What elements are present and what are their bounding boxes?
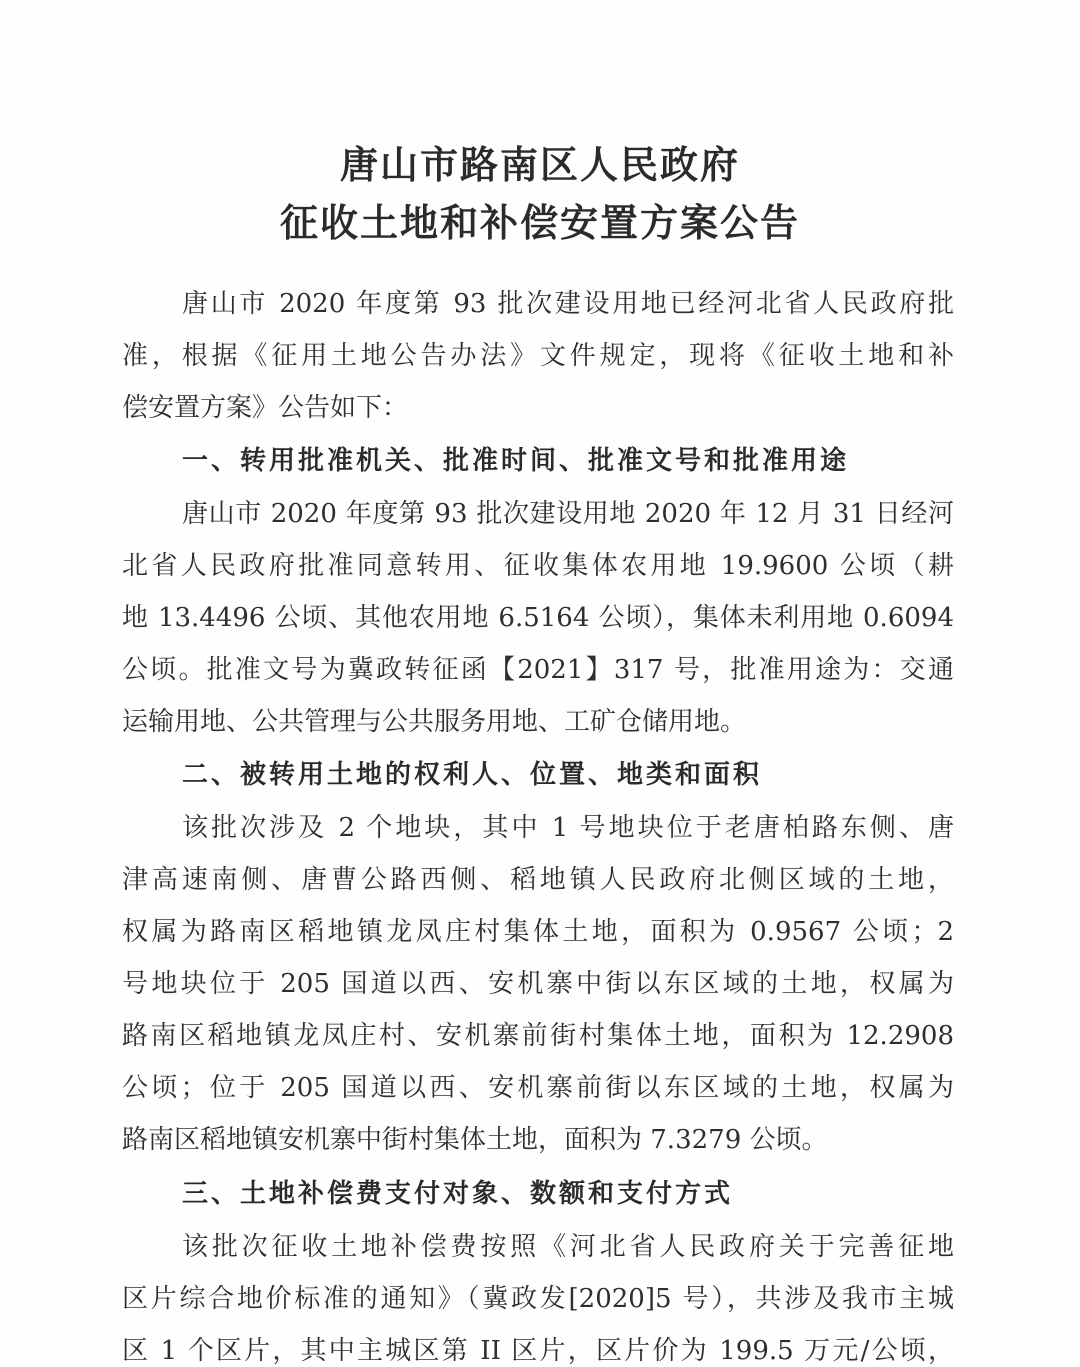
section-2-line: 权属为路南区稻地镇龙凤庄村集体土地，面积为 0.9567 公顷；2 <box>122 912 954 952</box>
intro-line: 唐山市 2020 年度第 93 批次建设用地已经河北省人民政府批 <box>182 284 954 324</box>
document-title-line-1: 唐山市路南区人民政府 <box>0 134 1080 189</box>
section-1-line: 唐山市 2020 年度第 93 批次建设用地 2020 年 12 月 31 日经… <box>182 494 954 534</box>
intro-line: 偿安置方案》公告如下： <box>122 388 954 428</box>
document-page: 唐山市路南区人民政府 征收土地和补偿安置方案公告 唐山市 2020 年度第 93… <box>0 0 1080 1367</box>
section-2-line: 公顷；位于 205 国道以西、安机寨前街以东区域的土地，权属为 <box>122 1068 954 1108</box>
section-2-line: 路南区稻地镇安机寨中街村集体土地，面积为 7.3279 公顷。 <box>122 1120 954 1160</box>
section-2-line: 号地块位于 205 国道以西、安机寨中街以东区域的土地，权属为 <box>122 964 954 1004</box>
intro-line: 准，根据《征用土地公告办法》文件规定，现将《征收土地和补 <box>122 336 954 376</box>
section-heading-3: 三、土地补偿费支付对象、数额和支付方式 <box>182 1174 954 1214</box>
section-1-line: 公顷。批准文号为冀政转征函【2021】317 号，批准用途为：交通 <box>122 650 954 690</box>
document-title-line-2: 征收土地和补偿安置方案公告 <box>0 192 1080 247</box>
section-1-line: 地 13.4496 公顷、其他农用地 6.5164 公顷），集体未利用地 0.6… <box>122 598 954 638</box>
section-2-line: 津高速南侧、唐曹公路西侧、稻地镇人民政府北侧区域的土地， <box>122 860 954 900</box>
section-2-line: 路南区稻地镇龙凤庄村、安机寨前街村集体土地，面积为 12.2908 <box>122 1016 954 1056</box>
section-heading-1: 一、转用批准机关、批准时间、批准文号和批准用途 <box>182 441 954 481</box>
section-3-line: 区 1 个区片，其中主城区第 II 区片，区片价为 199.5 万元/公顷， <box>122 1331 954 1367</box>
section-heading-2: 二、被转用土地的权利人、位置、地类和面积 <box>182 755 954 795</box>
section-3-line: 该批次征收土地补偿费按照《河北省人民政府关于完善征地 <box>182 1227 954 1267</box>
section-2-line: 该批次涉及 2 个地块，其中 1 号地块位于老唐柏路东侧、唐 <box>182 808 954 848</box>
section-1-line: 北省人民政府批准同意转用、征收集体农用地 19.9600 公顷（耕 <box>122 546 954 586</box>
section-3-line: 区片综合地价标准的通知》（冀政发[2020]5 号），共涉及我市主城 <box>122 1279 954 1319</box>
section-1-line: 运输用地、公共管理与公共服务用地、工矿仓储用地。 <box>122 702 954 742</box>
